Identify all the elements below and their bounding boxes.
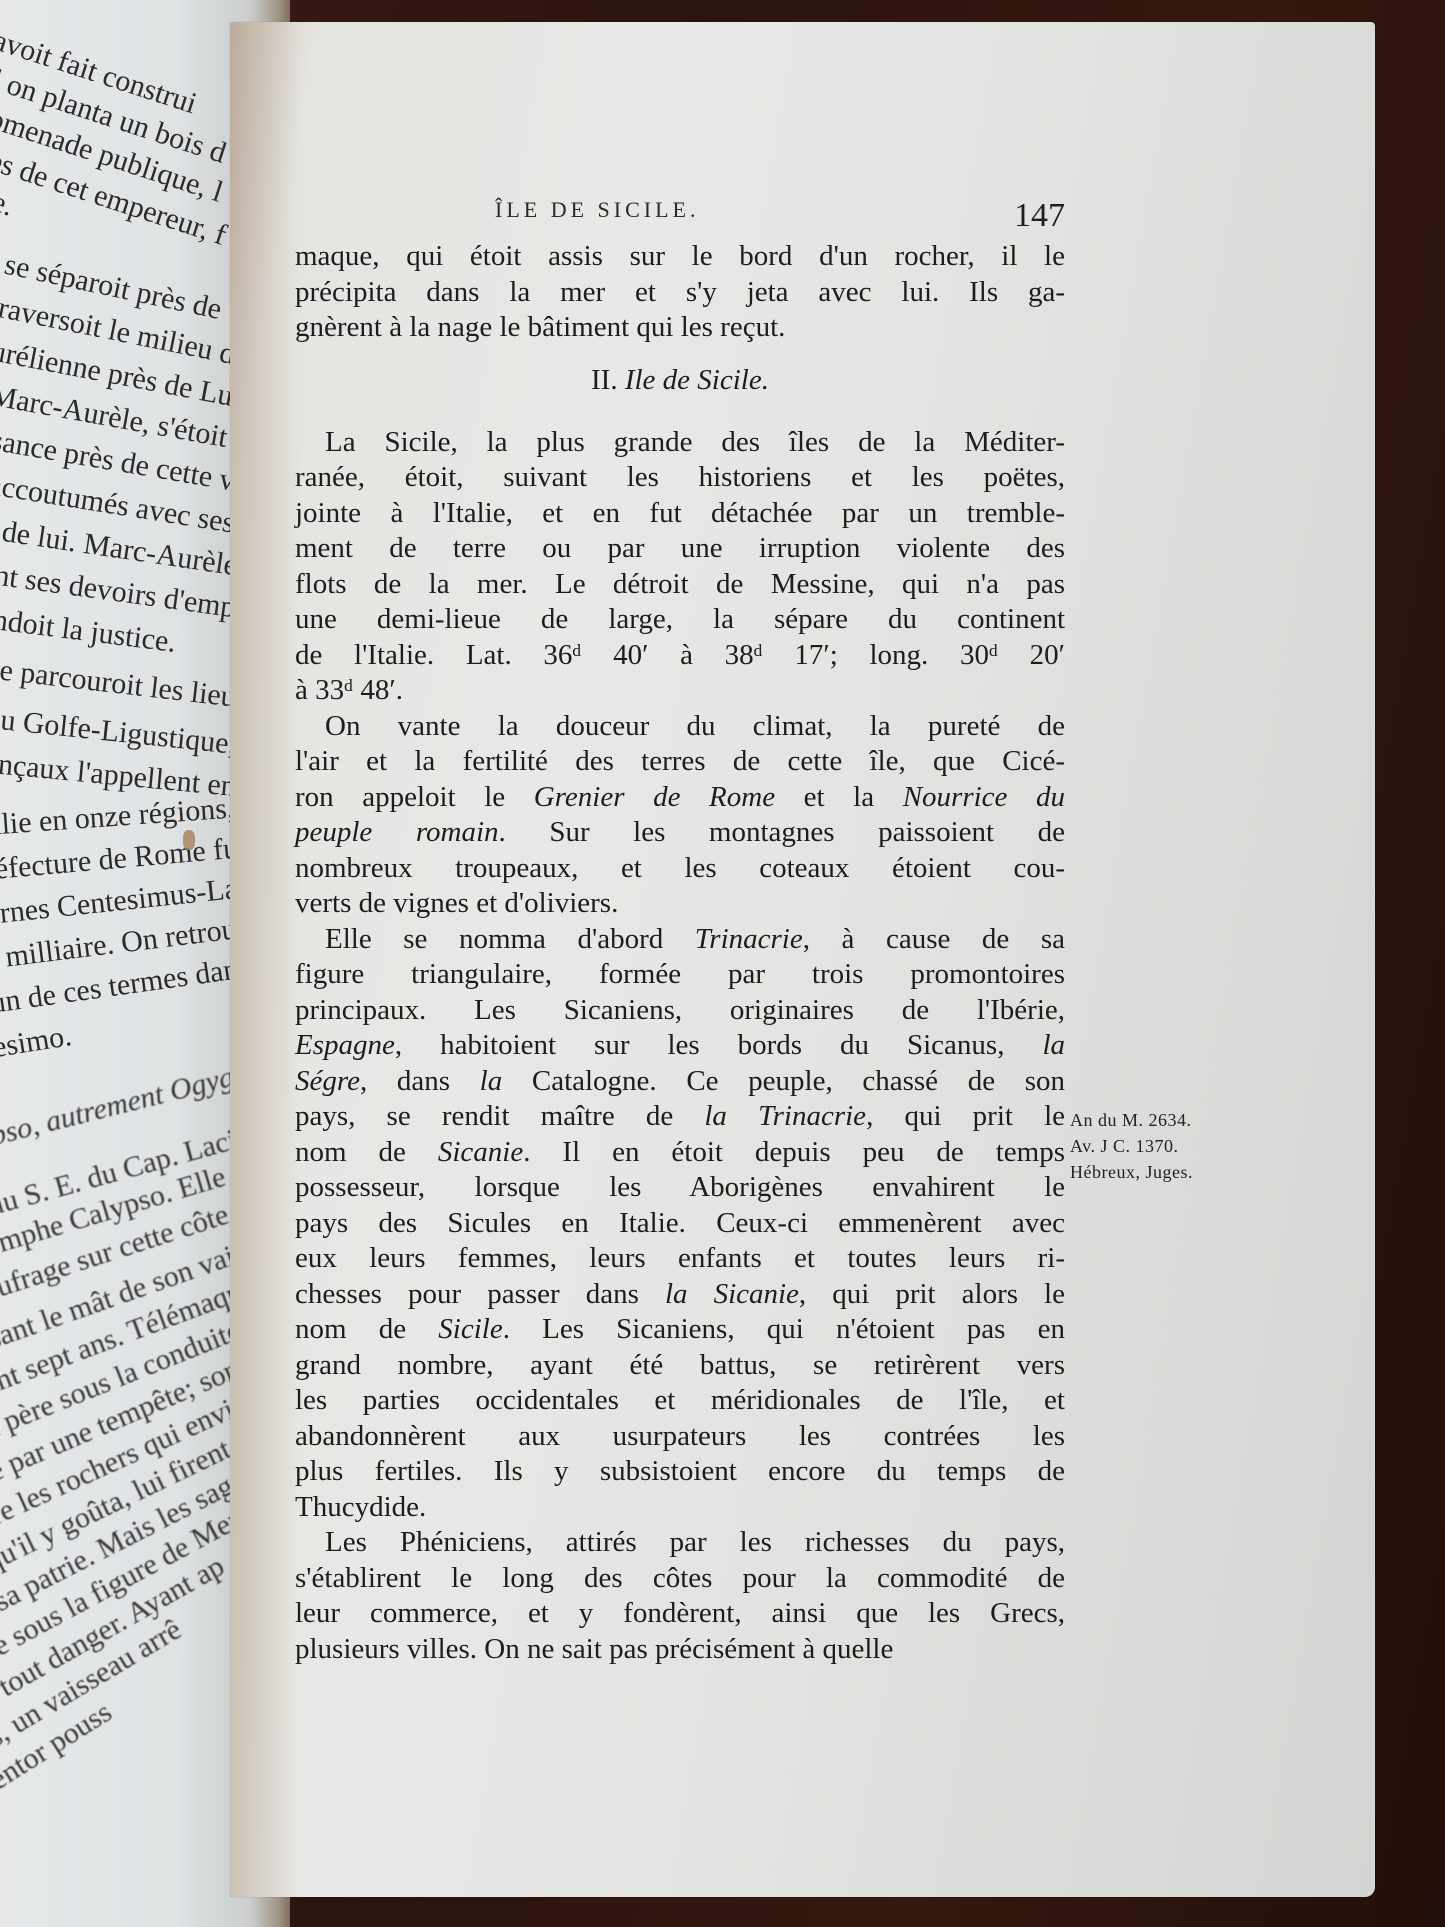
text-line: figure triangulaire, formée par trois pr… [295,957,1065,993]
section-title: Ile de Sicile. [625,364,769,396]
body-paragraphs: La Sicile, la plus grande des îles de la… [295,425,1065,1668]
section-heading: II. Ile de Sicile. [295,364,1065,397]
text-line: plusieurs villes. On ne sait pas précisé… [295,1632,1065,1668]
page-text-block: ÎLE DE SICILE. 147 maque, qui étoit assi… [295,187,1065,1667]
text-line: peuple romain. Sur les montagnes paissoi… [295,815,1065,851]
text-line: verts de vignes et d'oliviers. [295,886,1065,922]
text-line: Espagne, habitoient sur les bords du Sic… [295,1028,1065,1064]
text-line: possesseur, lorsque les Aborigènes envah… [295,1170,1065,1206]
page-number: 147 [1014,197,1065,235]
text-line: Elle se nomma d'abord Trinacrie, à cause… [295,922,1065,958]
paragraph: La Sicile, la plus grande des îles de la… [295,425,1065,709]
left-page-line: ée. [0,181,18,224]
text-line: les parties occidentales et méridionales… [295,1383,1065,1419]
text-line: ron appeloit le Grenier de Rome et la No… [295,780,1065,816]
text-line: nom de Sicile. Les Sicaniens, qui n'étoi… [295,1312,1065,1348]
text-line: Ségre, dans la Catalogne. Ce peuple, cha… [295,1064,1065,1100]
text-line: ranée, étoit, suivant les historiens et … [295,460,1065,496]
text-line: maque, qui étoit assis sur le bord d'un … [295,239,1065,275]
text-line: de l'Italie. Lat. 36ᵈ 40′ à 38ᵈ 17′; lon… [295,638,1065,674]
running-head: ÎLE DE SICILE. 147 [295,187,1065,239]
paragraph: Elle se nomma d'abord Trinacrie, à cause… [295,922,1065,1526]
text-line: Thucydide. [295,1490,1065,1526]
text-line: leur commerce, et y fondèrent, ainsi que… [295,1596,1065,1632]
opening-lines: maque, qui étoit assis sur le bord d'un … [295,239,1065,346]
text-line: On vante la douceur du climat, la pureté… [295,709,1065,745]
text-line: eux leurs femmes, leurs enfants et toute… [295,1241,1065,1277]
text-line: pays, se rendit maître de la Trinacrie, … [295,1099,1065,1135]
foxing-stain [183,830,195,850]
text-line: principaux. Les Sicaniens, originaires d… [295,993,1065,1029]
text-line: Les Phéniciens, attirés par les richesse… [295,1525,1065,1561]
text-line: précipita dans la mer et s'y jeta avec l… [295,275,1065,311]
paragraph: Les Phéniciens, attirés par les richesse… [295,1525,1065,1667]
right-gutter-shadow [230,22,300,1897]
marginal-chronology-note: An du M. 2634. Av. J C. 1370. Hébreux, J… [1070,1107,1193,1185]
text-line: nombreux troupeaux, et les coteaux étoie… [295,851,1065,887]
text-line: ment de terre ou par une irruption viole… [295,531,1065,567]
text-line: à 33ᵈ 48′. [295,673,1065,709]
text-line: l'air et la fertilité des terres de cett… [295,744,1065,780]
right-page: ÎLE DE SICILE. 147 maque, qui étoit assi… [230,22,1375,1897]
margin-note-line: Av. J C. 1370. [1070,1133,1193,1159]
text-line: nom de Sicanie. Il en étoit depuis peu d… [295,1135,1065,1171]
margin-note-line: Hébreux, Juges. [1070,1159,1193,1185]
text-line: gnèrent à la nage le bâtiment qui les re… [295,310,1065,346]
section-number: II. [591,364,618,396]
text-line: s'établirent le long des côtes pour la c… [295,1561,1065,1597]
text-line: plus fertiles. Ils y subsistoient encore… [295,1454,1065,1490]
text-line: grand nombre, ayant été battus, se retir… [295,1348,1065,1384]
running-title: ÎLE DE SICILE. [495,197,699,223]
text-line: chesses pour passer dans la Sicanie, qui… [295,1277,1065,1313]
paragraph: On vante la douceur du climat, la pureté… [295,709,1065,922]
text-line: pays des Sicules en Italie. Ceux-ci emme… [295,1206,1065,1242]
text-line: jointe à l'Italie, et en fut détachée pa… [295,496,1065,532]
text-line: une demi-lieue de large, la sépare du co… [295,602,1065,638]
text-line: flots de la mer. Le détroit de Messine, … [295,567,1065,603]
text-line: abandonnèrent aux usurpateurs les contré… [295,1419,1065,1455]
margin-note-line: An du M. 2634. [1070,1107,1193,1133]
left-page-line: ntesimo. [0,1019,74,1069]
text-line: La Sicile, la plus grande des îles de la… [295,425,1065,461]
